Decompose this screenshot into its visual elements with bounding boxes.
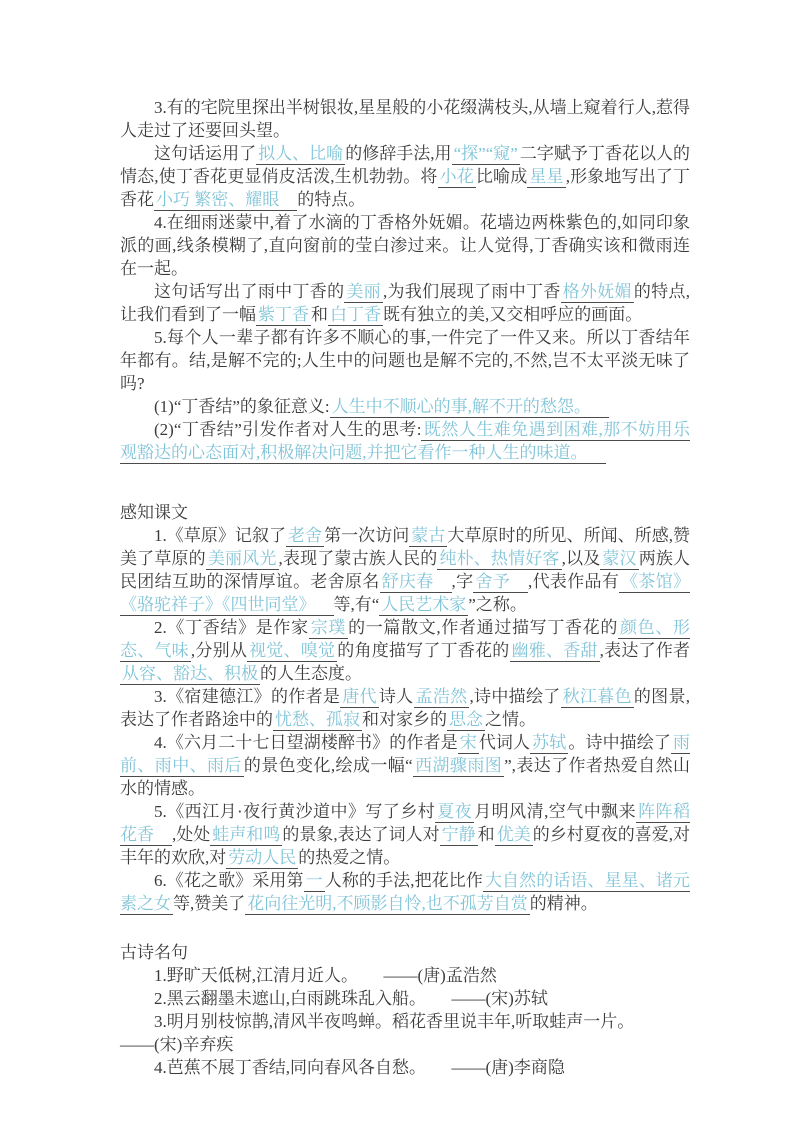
life-reflection-line: (2)“丁香结”引发作者对人生的思考:既然人生难免遇到困难,那不妨用乐观豁达的心… xyxy=(120,418,690,464)
document-page: 3.有的宅院里探出半树银妆,星星般的小花缀满枝头,从墙上窥着行人,惹得人走过了还… xyxy=(120,96,690,1079)
answer-blank: 白丁香 xyxy=(328,305,383,326)
sentence-analysis-paragraph: 这句话运用了拟人、比喻的修辞手法,用“探”“窥”二字赋予丁香花以人的情态,使丁香… xyxy=(120,142,690,211)
poem-attribution-line: ——(宋)辛弃疾 xyxy=(120,1033,690,1056)
answer-blank: 劳动人民 xyxy=(226,848,298,869)
poem-line: 2.黑云翻墨未遮山,白雨跳珠乱入船。 ——(宋)苏轼 xyxy=(120,987,690,1010)
text-run: 的一篇散文,作者通过描写丁香花的 xyxy=(348,618,618,637)
sentence-paragraph: 5.每个人一辈子都有许多不顺心的事,一件完了一件又来。所以丁香结年年都有。结,是… xyxy=(120,326,690,395)
answer-blank: 宋 xyxy=(458,733,479,754)
text-run: 6.《花之歌》采用第 xyxy=(154,871,304,890)
text-run: 诗人 xyxy=(379,687,414,706)
answer-blank: 小巧 繁密、耀眼 xyxy=(154,190,297,211)
text-run: 4.《六月二十七日望湖楼醉书》的作者是 xyxy=(154,733,458,752)
answer-blank: 思念 xyxy=(447,710,485,731)
poems-section: 古诗名句 1.野旷天低树,江清月近人。 ——(唐)孟浩然 2.黑云翻墨未遮山,白… xyxy=(120,941,690,1079)
text-run: ,诗中描绘了 xyxy=(469,687,560,706)
text-run: ,以及 xyxy=(562,549,601,568)
answer-blank: 老舍 xyxy=(286,526,324,547)
answer-blank: 西湖骤雨图 xyxy=(413,756,504,777)
answer-blank: 拟人、比喻 xyxy=(256,144,345,165)
sentence-analysis-paragraph: 这句话写出了雨中丁香的美丽,为我们展现了雨中丁香格外妩媚的特点,让我们看到了一幅… xyxy=(120,280,690,326)
poem-line: 3.明月别枝惊鹊,清风半夜鸣蝉。稻花香里说丰年,听取蛙声一片。 xyxy=(120,1010,690,1033)
answer-blank: 美丽 xyxy=(344,282,383,303)
poems-heading: 古诗名句 xyxy=(120,941,690,964)
text-run: 的热爱之情。 xyxy=(298,848,400,867)
comprehension-item: 3.《宿建德江》的作者是唐代诗人孟浩然,诗中描绘了秋江暮色的图景,表达了作者路途… xyxy=(120,685,690,731)
answer-blank: 视觉、嗅觉 xyxy=(247,641,337,662)
comprehension-item: 2.《丁香结》是作家宗璞的一篇散文,作者通过描写丁香花的颜色、形态、气味,分别从… xyxy=(120,616,690,685)
text-run: ,字 xyxy=(452,572,474,591)
text-run: 的精神。 xyxy=(530,894,598,913)
comprehension-section: 感知课文 1.《草原》记叙了老舍第一次访问蒙古大草原时的所见、所闻、所感,赞美了… xyxy=(120,501,690,915)
text-run: ,分别从 xyxy=(191,641,247,660)
sentence-paragraph: 3.有的宅院里探出半树银妆,星星般的小花缀满枝头,从墙上窥着行人,惹得人走过了还… xyxy=(120,96,690,142)
text-run: 4.在细雨迷蒙中,着了水滴的丁香格外妩媚。花墙边两株紫色的,如同印象派的画,线条… xyxy=(120,213,690,278)
text-run: 既有独立的美,又交相呼应的画面。 xyxy=(383,305,642,324)
comprehension-item: 1.《草原》记叙了老舍第一次访问蒙古大草原时的所见、所闻、所感,赞美了草原的美丽… xyxy=(120,524,690,616)
answer-blank: 美丽风光 xyxy=(206,549,279,570)
poem-line: 1.野旷天低树,江清月近人。 ——(唐)孟浩然 xyxy=(120,964,690,987)
answer-blank: 人民艺术家 xyxy=(379,595,468,616)
answer-blank: 花向往光明,不顾影自怜,也不孤芳自赏 xyxy=(245,894,530,915)
text-run: 之情。 xyxy=(485,710,536,729)
text-run: 1.《草原》记叙了 xyxy=(154,526,286,545)
text-run: 等,赞美了 xyxy=(173,894,245,913)
answer-blank: 纯朴、热情好客 xyxy=(437,549,561,570)
text-run: 这句话运用了 xyxy=(154,144,256,163)
answer-blank: 一 xyxy=(304,871,325,892)
answer-blank: 蒙古 xyxy=(409,526,447,547)
answer-blank: 夏夜 xyxy=(435,802,474,823)
text-run: 这句话写出了雨中丁香的 xyxy=(154,282,344,301)
comprehension-item: 5.《西江月·夜行黄沙道中》写了乡村夏夜月明风清,空气中飘来阵阵稻花香,处处蛙声… xyxy=(120,800,690,869)
text-run: ”之称。 xyxy=(468,595,527,614)
text-run: 等,有“ xyxy=(334,595,380,614)
comprehension-heading: 感知课文 xyxy=(120,501,690,524)
text-run: 5.《西江月·夜行黄沙道中》写了乡村 xyxy=(154,802,435,821)
answer-blank: 宗璞 xyxy=(309,618,348,639)
text-run: 月明风清,空气中飘来 xyxy=(474,802,636,821)
answer-blank: 忧愁、孤寂 xyxy=(273,710,362,731)
answer-blank: 唐代 xyxy=(340,687,379,708)
answer-blank: 蛙声和鸣 xyxy=(210,825,282,846)
answer-blank: 格外妩媚 xyxy=(561,282,634,303)
answer-blank: 从容、豁达、积极 xyxy=(120,664,260,685)
text-run: 第一次访问 xyxy=(324,526,409,545)
answer-blank: 孟浩然 xyxy=(414,687,470,708)
answer-blank: 幽雅、香甜 xyxy=(510,641,600,662)
text-run: 的景象,表达了词人对 xyxy=(282,825,439,844)
answer-blank: 舍予 xyxy=(473,572,528,593)
text-run: ,处处 xyxy=(172,825,210,844)
answer-blank: 优美 xyxy=(495,825,533,846)
text-run: 。诗中描绘了 xyxy=(568,733,671,752)
text-run: 3.有的宅院里探出半树银妆,星星般的小花缀满枝头,从墙上窥着行人,惹得人走过了还… xyxy=(120,98,690,140)
text-run: 比喻成 xyxy=(476,167,527,186)
text-run: 和 xyxy=(311,305,328,324)
answer-blank: 苏轼 xyxy=(530,733,568,754)
text-run: 的景色变化,绘成一幅“ xyxy=(244,756,413,775)
sentence-analysis-section: 3.有的宅院里探出半树银妆,星星般的小花缀满枝头,从墙上窥着行人,惹得人走过了还… xyxy=(120,96,690,464)
text-run: 和对家乡的 xyxy=(362,710,447,729)
text-run: 人称的手法,把花比作 xyxy=(325,871,483,890)
text-run: (2)“丁香结”引发作者对人生的思考: xyxy=(154,420,421,439)
text-run: ,表现了蒙古族人民的 xyxy=(279,549,438,568)
text-run: 3.《宿建德江》的作者是 xyxy=(154,687,340,706)
answer-blank: 人生中不顺心的事,解不开的愁怨。 xyxy=(330,397,609,418)
poem-line: 4.芭蕉不展丁香结,同向春风各自愁。 ——(唐)李商隐 xyxy=(120,1056,690,1079)
answer-blank: 宁静 xyxy=(440,825,478,846)
text-run: 的人生态度。 xyxy=(260,664,362,683)
text-run: ,代表作品有 xyxy=(528,572,619,591)
text-run: ,表达了作者 xyxy=(600,641,690,660)
comprehension-item: 6.《花之歌》采用第一人称的手法,把花比作大自然的话语、星星、诸元素之女等,赞美… xyxy=(120,869,690,915)
answer-blank: 小花 xyxy=(438,167,476,188)
answer-blank: 蒙汉 xyxy=(600,549,638,570)
text-run: 的修辞手法,用 xyxy=(345,144,451,163)
text-run: 和 xyxy=(478,825,495,844)
symbolic-meaning-line: (1)“丁香结”的象征意义:人生中不顺心的事,解不开的愁怨。 xyxy=(120,395,690,418)
text-run: 的特点。 xyxy=(297,190,365,209)
text-run: 的角度描写了丁香花的 xyxy=(337,641,509,660)
sentence-paragraph: 4.在细雨迷蒙中,着了水滴的丁香格外妩媚。花墙边两株紫色的,如同印象派的画,线条… xyxy=(120,211,690,280)
text-run: 代词人 xyxy=(479,733,530,752)
answer-blank: “探”“窥” xyxy=(452,144,520,165)
answer-blank: 紫丁香 xyxy=(256,305,311,326)
text-run: ,为我们展现了雨中丁香 xyxy=(383,282,561,301)
text-run: 2.《丁香结》是作家 xyxy=(154,618,309,637)
comprehension-item: 4.《六月二十七日望湖楼醉书》的作者是宋代词人苏轼。诗中描绘了雨前、雨中、雨后的… xyxy=(120,731,690,800)
answer-blank: 舒庆春 xyxy=(380,572,452,593)
text-run: (1)“丁香结”的象征意义: xyxy=(154,397,330,416)
answer-blank: 秋江暮色 xyxy=(561,687,634,708)
answer-blank: 星星 xyxy=(527,167,565,188)
text-run: 5.每个人一辈子都有许多不顺心的事,一件完了一件又来。所以丁香结年年都有。结,是… xyxy=(120,328,690,393)
